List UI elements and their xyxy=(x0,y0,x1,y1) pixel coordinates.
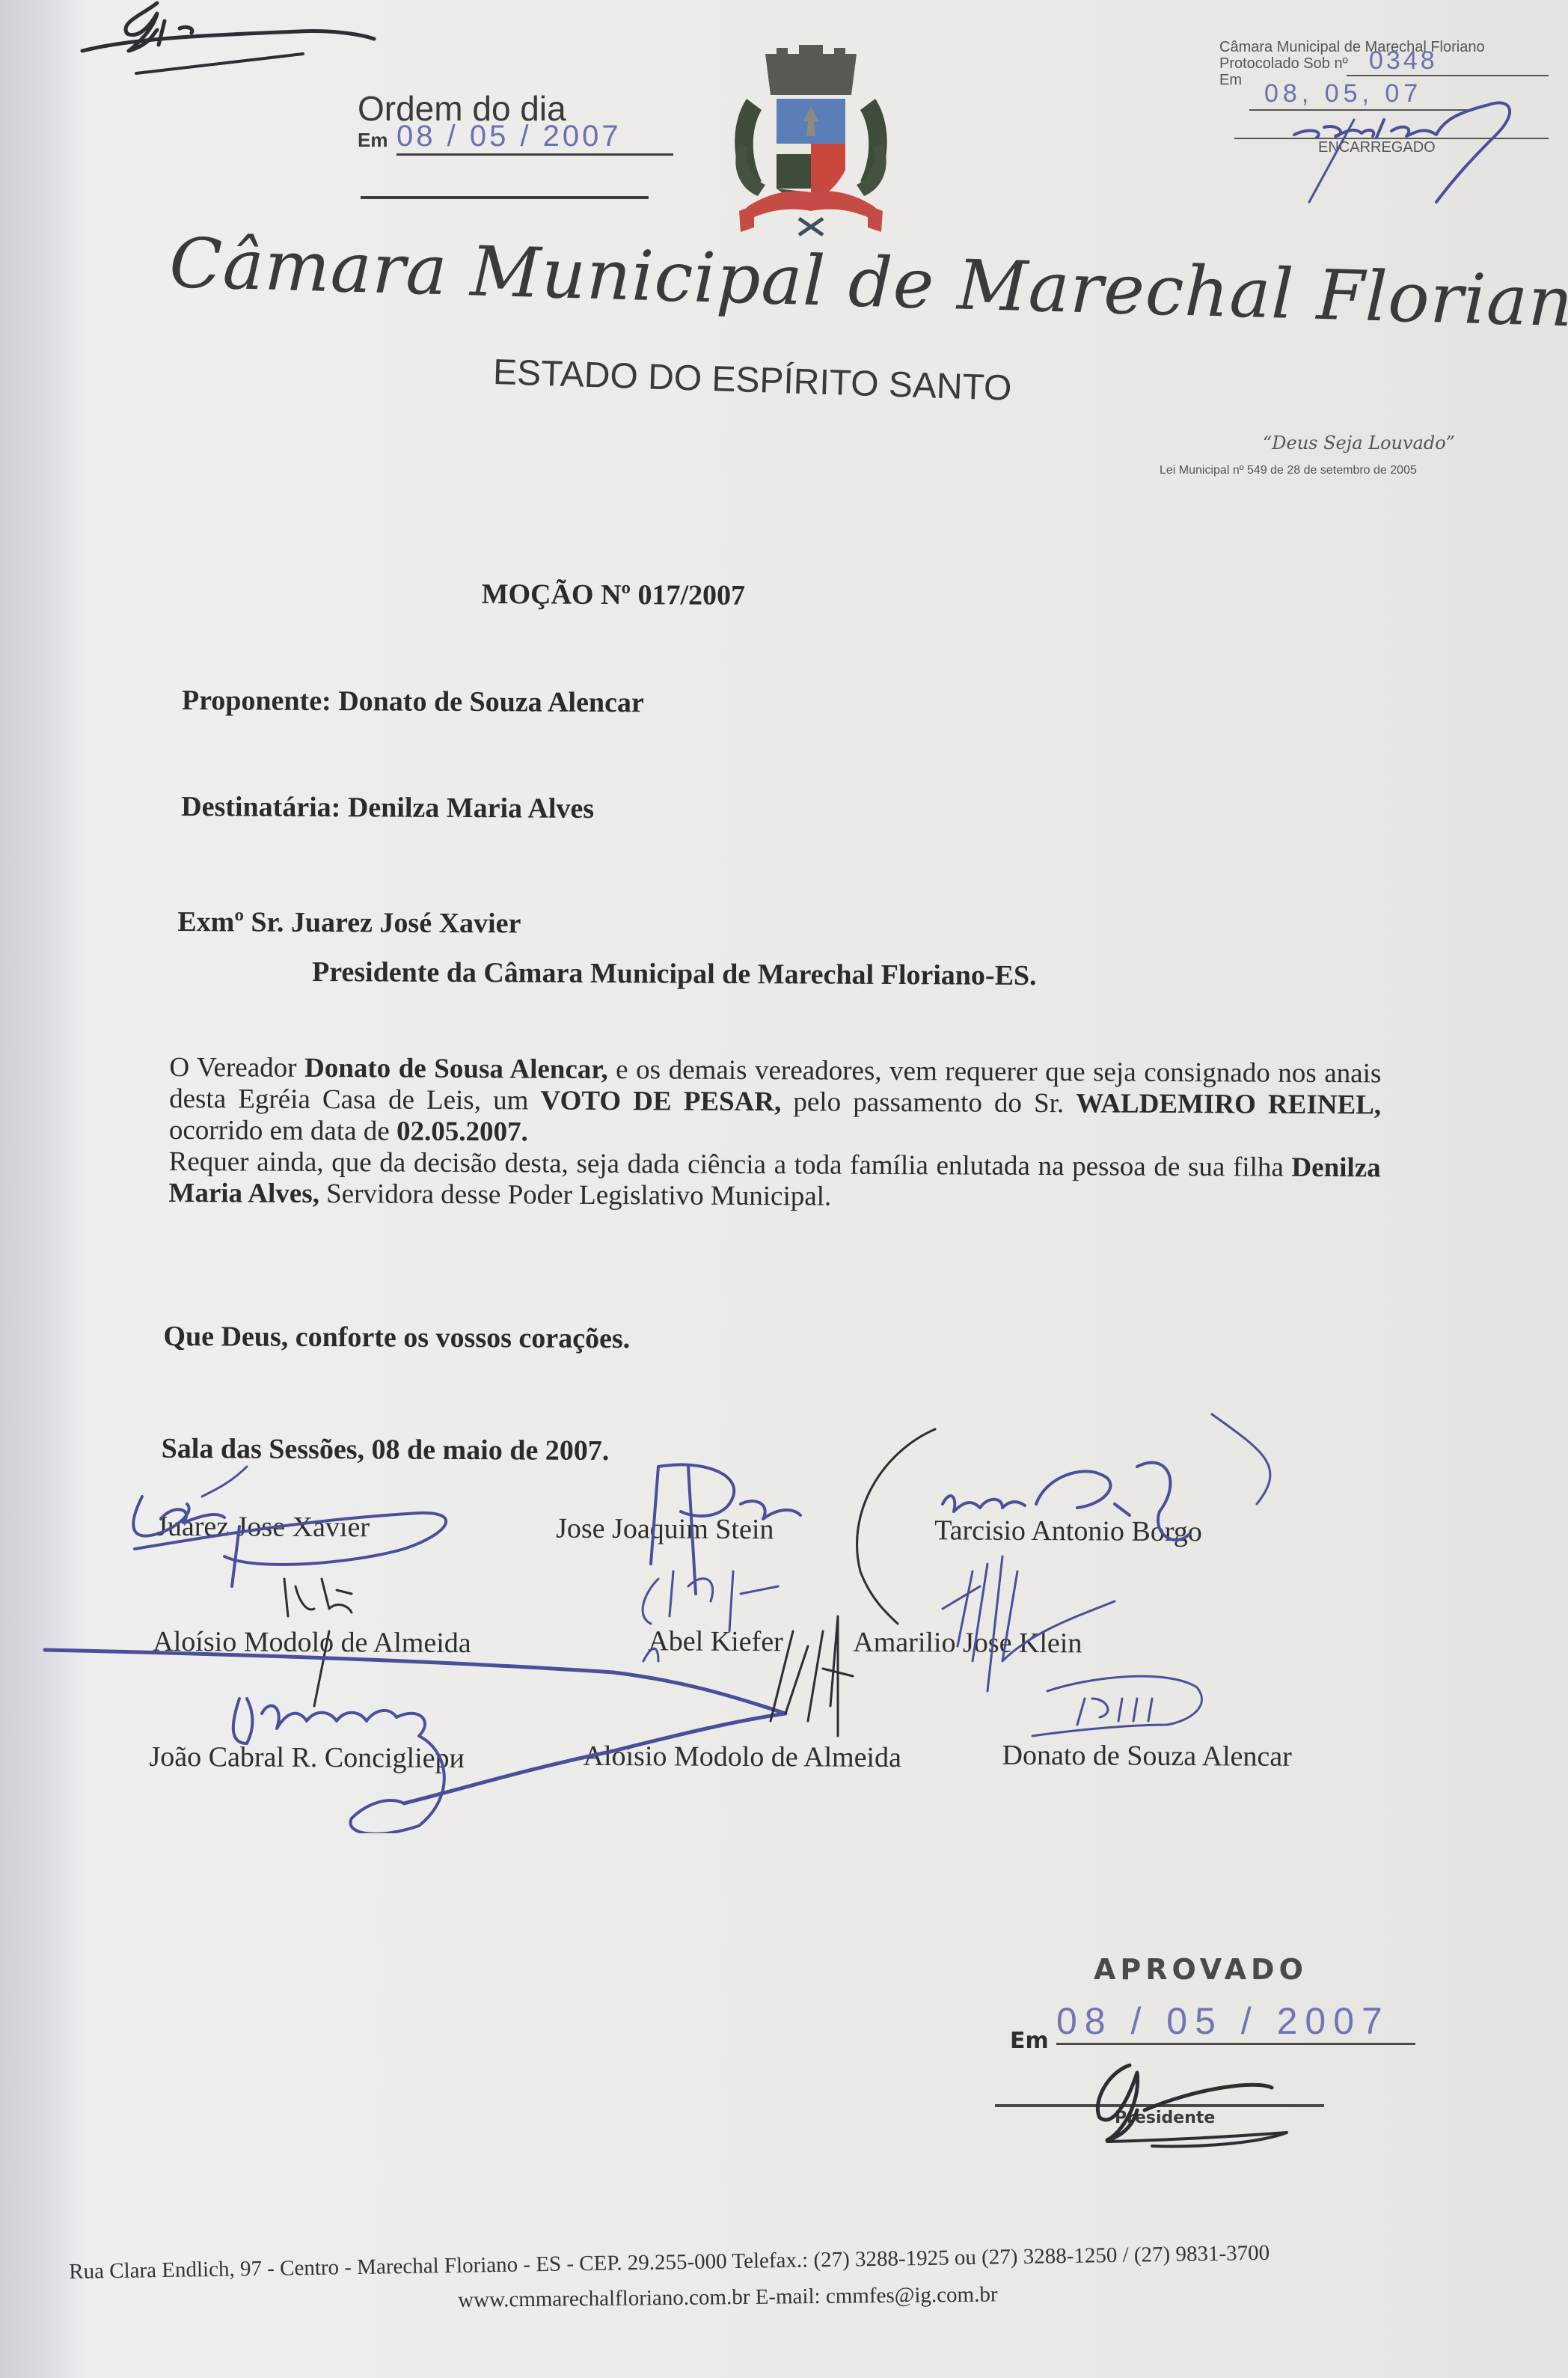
president-signature xyxy=(1062,2058,1332,2155)
motion-paragraph-1: O Vereador Donato de Sousa Alencar, e os… xyxy=(169,1052,1382,1152)
proponente-label: Proponente: xyxy=(182,685,331,717)
addressee-name: Exmº Sr. Juarez José Xavier xyxy=(177,905,521,940)
addressee-role: Presidente da Câmara Municipal de Marech… xyxy=(312,956,1037,992)
approval-stamp-status: APROVADO xyxy=(1094,1953,1308,1986)
destinataria-label: Destinatária: xyxy=(181,791,340,823)
proponente-value: Donato de Souza Alencar xyxy=(338,685,644,718)
destinataria-field: Destinatária: Denilza Maria Alves xyxy=(181,790,594,825)
motion-paragraph-2: Requer ainda, que da decisão desta, seja… xyxy=(168,1146,1380,1215)
approval-stamp-em-label: Em xyxy=(1010,2028,1049,2054)
handwritten-signatures xyxy=(0,1347,1568,1833)
motion-body: O Vereador Donato de Sousa Alencar, e os… xyxy=(168,1052,1381,1215)
mocao-title: MOÇÃO Nº 017/2007 xyxy=(482,578,746,612)
destinataria-value: Denilza Maria Alves xyxy=(348,792,594,825)
proponente-field: Proponente: Donato de Souza Alencar xyxy=(182,684,644,719)
approval-stamp-date: 08 / 05 / 2007 xyxy=(1056,1999,1415,2045)
